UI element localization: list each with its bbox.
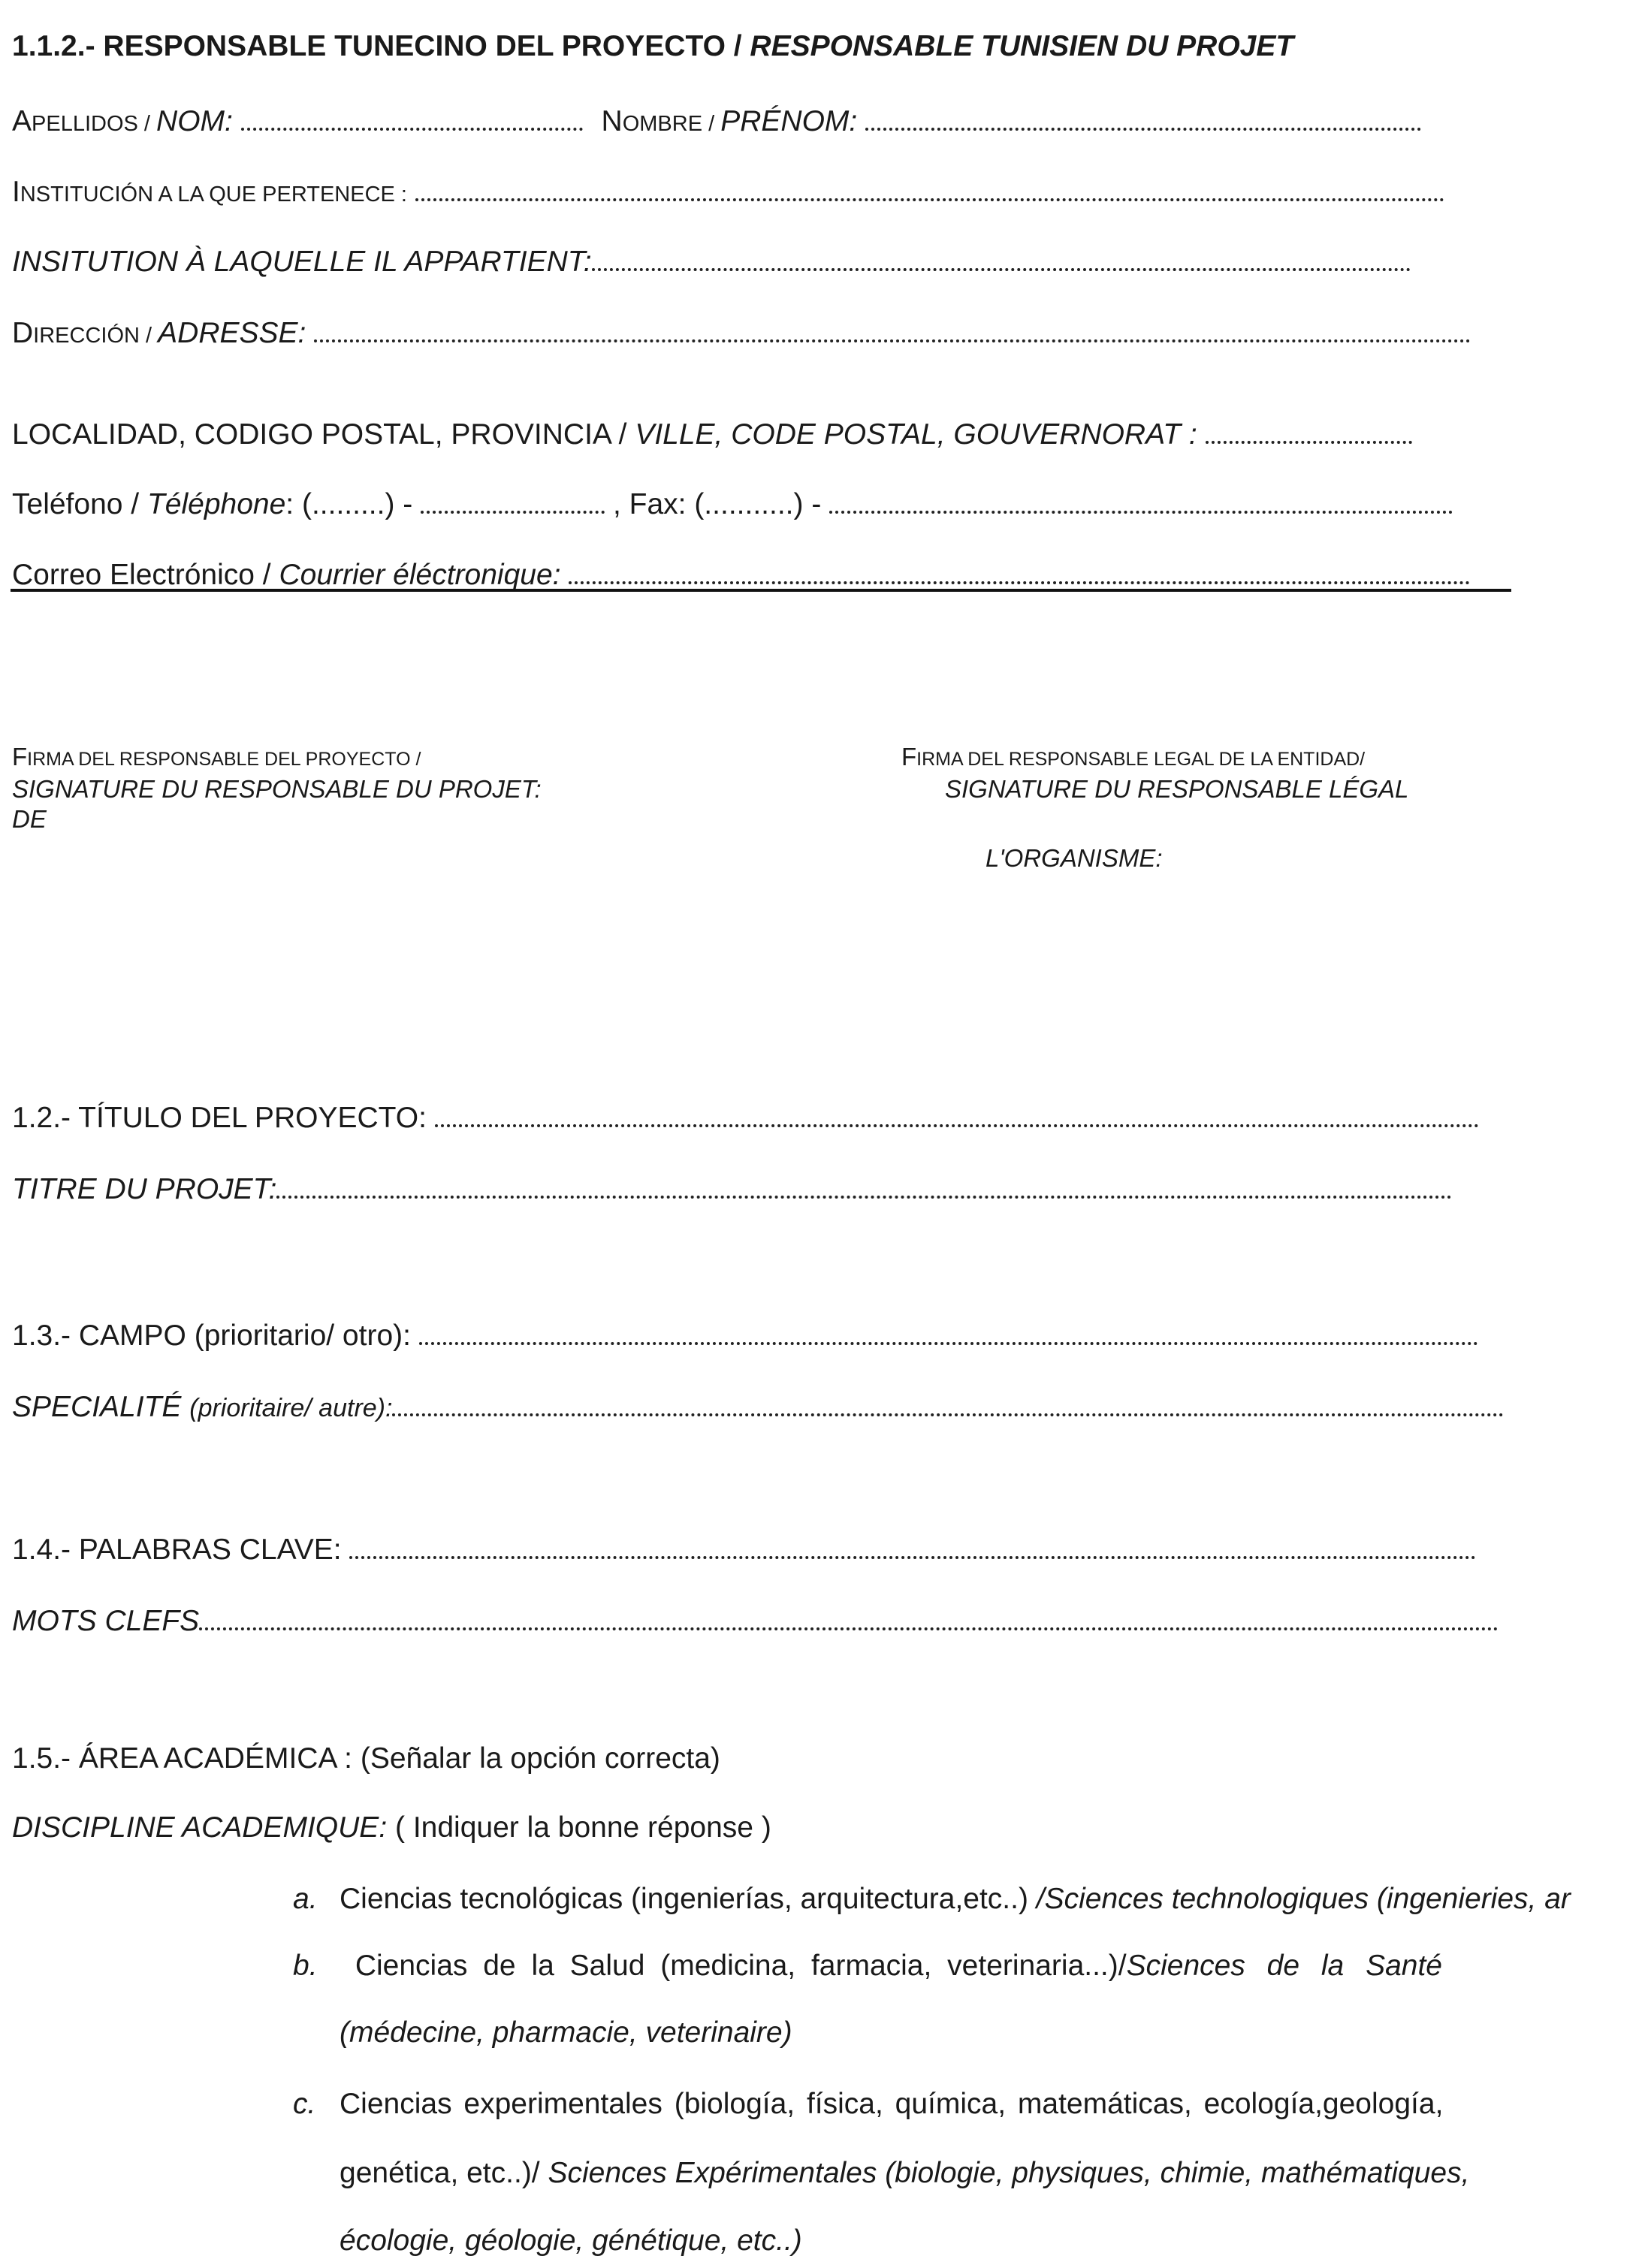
- nombre-label: NOMBRE / PRÉNOM:: [602, 105, 858, 137]
- signature-legal-representative: FIRMA DEL RESPONSABLE LEGAL DE LA ENTIDA…: [901, 742, 1408, 873]
- direccion-input[interactable]: [314, 317, 1471, 342]
- heading-fr: RESPONSABLE TUNISIEN DU PROJET: [750, 30, 1293, 62]
- titre-row: TITRE DU PROJET:: [12, 1172, 1452, 1208]
- palabras-clave-row: 1.4.- PALABRAS CLAVE:: [12, 1532, 1476, 1568]
- titulo-row: 1.2.- TÍTULO DEL PROYECTO:: [12, 1100, 1479, 1136]
- direccion-label: DIRECCIÓN / ADRESSE:: [12, 317, 306, 349]
- campo-row: 1.3.- CAMPO (prioritario/ otro):: [12, 1318, 1478, 1354]
- localidad-label-fr: VILLE, CODE POSTAL, GOUVERNORAT :: [635, 418, 1197, 451]
- specialite-label: SPECIALITÉ (prioritaire/ autre):: [12, 1391, 392, 1423]
- section-divider: [11, 589, 1511, 592]
- apellidos-input[interactable]: [241, 105, 583, 131]
- nombre-input[interactable]: [865, 105, 1421, 131]
- option-c-continuation-2: écologie, géologie, génétique, etc..): [340, 2223, 802, 2259]
- mots-clefs-row: MOTS CLEFS: [12, 1603, 1499, 1639]
- option-letter: c.: [293, 2086, 340, 2122]
- institution-fr-row: INSITUTION À LAQUELLE IL APPARTIENT:: [12, 244, 1411, 280]
- telefono-label: Teléfono / Téléphone: (.........) -: [12, 488, 421, 520]
- apellidos-label: APELLIDOS / NOM:: [12, 105, 233, 137]
- titre-label: TITRE DU PROJET:: [12, 1173, 276, 1205]
- discipline-heading: DISCIPLINE ACADEMIQUE: ( Indiquer la bon…: [12, 1810, 771, 1846]
- titulo-input[interactable]: [435, 1102, 1479, 1127]
- institucion-input[interactable]: [415, 176, 1444, 201]
- correo-row: Correo Electrónico / Courrier éléctroniq…: [12, 557, 1470, 593]
- correo-label: Correo Electrónico / Courrier éléctroniq…: [12, 559, 561, 591]
- specialite-row: SPECIALITÉ (prioritaire/ autre):: [12, 1389, 1504, 1426]
- area-academica-heading: 1.5.- ÁREA ACADÉMICA : (Señalar la opció…: [12, 1741, 720, 1777]
- titre-input[interactable]: [276, 1173, 1452, 1199]
- institucion-label: INSTITUCIÓN A LA QUE PERTENECE :: [12, 176, 407, 208]
- titulo-label: 1.2.- TÍTULO DEL PROYECTO:: [12, 1102, 427, 1134]
- institucion-row: INSTITUCIÓN A LA QUE PERTENECE :: [12, 174, 1444, 213]
- campo-input[interactable]: [419, 1319, 1478, 1345]
- institution-fr-input[interactable]: [592, 246, 1411, 271]
- institution-fr-label: INSITUTION À LAQUELLE IL APPARTIENT:: [12, 246, 592, 278]
- signature-project-leader: FIRMA DEL RESPONSABLE DEL PROYECTO / SIG…: [12, 742, 542, 834]
- localidad-row: LOCALIDAD, CODIGO POSTAL, PROVINCIA / VI…: [12, 417, 1412, 453]
- palabras-clave-label: 1.4.- PALABRAS CLAVE:: [12, 1534, 342, 1566]
- fax-input[interactable]: [829, 488, 1453, 514]
- option-letter: b.: [293, 1948, 340, 1984]
- localidad-label-es: LOCALIDAD, CODIGO POSTAL, PROVINCIA /: [12, 418, 635, 451]
- option-c-continuation: genética, etc..)/ Sciences Expérimentale…: [340, 2155, 1469, 2191]
- section-112-heading: 1.1.2.- RESPONSABLE TUNECINO DEL PROYECT…: [12, 29, 1293, 65]
- option-c[interactable]: c.Ciencias experimentales (biología, fís…: [293, 2086, 1443, 2122]
- specialite-input[interactable]: [392, 1391, 1504, 1416]
- mots-clefs-input[interactable]: [199, 1605, 1499, 1630]
- correo-input[interactable]: [569, 559, 1470, 584]
- mots-clefs-label: MOTS CLEFS: [12, 1605, 199, 1637]
- heading-es: 1.1.2.- RESPONSABLE TUNECINO DEL PROYECT…: [12, 30, 750, 62]
- option-b[interactable]: b. Ciencias de la Salud (medicina, farma…: [293, 1948, 1442, 1984]
- localidad-input[interactable]: [1206, 418, 1412, 444]
- campo-label: 1.3.- CAMPO (prioritario/ otro):: [12, 1319, 411, 1352]
- option-letter: a.: [293, 1881, 340, 1917]
- telefono-input[interactable]: [421, 488, 605, 514]
- palabras-clave-input[interactable]: [349, 1534, 1476, 1559]
- name-row: APELLIDOS / NOM: NOMBRE / PRÉNOM:: [12, 104, 1421, 142]
- direccion-row: DIRECCIÓN / ADRESSE:: [12, 315, 1471, 354]
- option-a[interactable]: a.Ciencias tecnológicas (ingenierías, ar…: [293, 1881, 1571, 1917]
- fax-label: , Fax: (...........) -: [613, 488, 829, 520]
- telefono-row: Teléfono / Téléphone: (.........) - , Fa…: [12, 487, 1453, 523]
- option-b-continuation: (médecine, pharmacie, veterinaire): [340, 2015, 792, 2051]
